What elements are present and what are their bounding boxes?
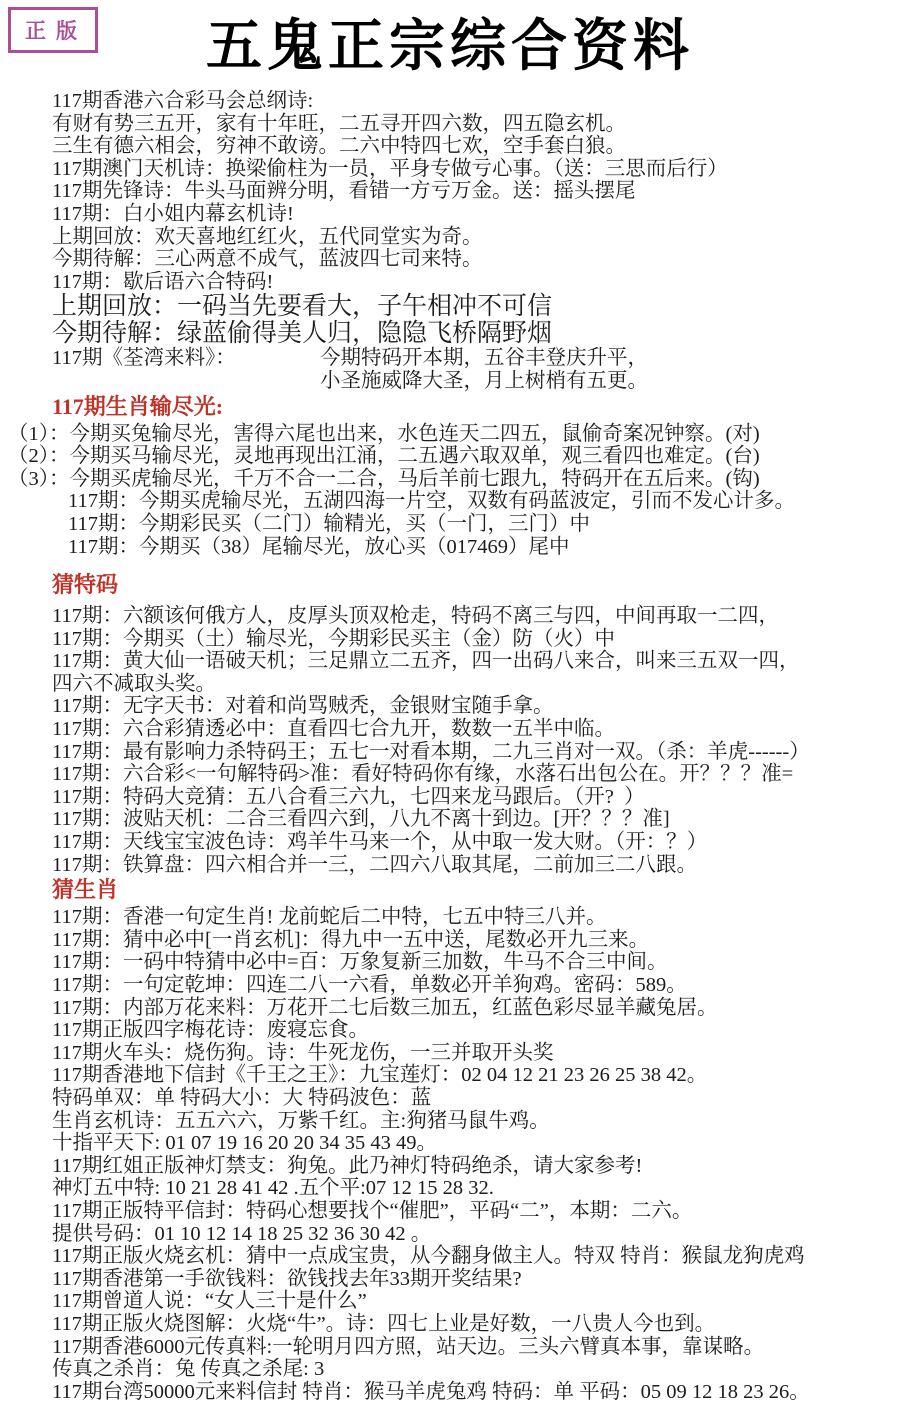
text-line-right: 今期特码开本期，五谷丰登庆升平， (320, 347, 648, 369)
text-line: 117期正版火烧玄机：猜中一点成宝贵，从今翻身做主人。特双 特肖：猴鼠龙狗虎鸡 (52, 1245, 898, 1268)
text-line: 117期香港第一手欲钱料：欲钱找去年33期开奖结果? (52, 1268, 898, 1291)
page-title: 五鬼正宗综合资料 (0, 12, 900, 82)
text-line: 小圣施威降大圣，月上树梢有五更。 (52, 370, 898, 393)
text-line: （3）：今期买虎输尽光，千万不合一二合，马后羊前七跟九，特码开在五后来。(钩) (8, 468, 898, 491)
section-heading: 猜特码 (52, 572, 898, 597)
text-line: 117期：特码大竞猜：五八合看三六九，七四来龙马跟后。（开? ） (52, 786, 898, 809)
text-line: 117期正版特平信封：特码心想要找个“催肥”，平码“二”，本期：二六。 (52, 1200, 898, 1223)
text-line: 117期：白小姐内幕玄机诗! (52, 203, 898, 226)
text-line: 上期回放：一码当先要看大，子午相冲不可信 (52, 293, 898, 320)
text-line: 提供号码：01 10 12 14 18 25 32 36 30 42 。 (52, 1223, 898, 1246)
text-line: 117期：今期彩民买（二门）输精光，买（一门，三门）中 (52, 513, 898, 536)
document-body: 117期香港六合彩马会总纲诗:有财有势三五开，家有十年旺，二五寻开四六数，四五隐… (0, 82, 900, 1401)
text-line: 117期：今期买（土）输尽光，今期彩民买主（金）防（火）中 (52, 628, 898, 651)
text-line: 117期：内部万花来料：万花开二七后数三加五，红蓝色彩尽显羊藏兔居。 (52, 997, 898, 1020)
text-line: 117期正版四字梅花诗：废寝忘食。 (52, 1019, 898, 1042)
text-line: 117期《荃湾来料》：今期特码开本期，五谷丰登庆升平， (52, 347, 898, 370)
text-line: 117期：一码中特猜中必中=百：万象复新三加数，牛马不合三中间。 (52, 951, 898, 974)
text-line: 117期香港六合彩马会总纲诗: (52, 90, 898, 113)
text-line: 117期：六额该何俄方人，皮厚头顶双枪走，特码不离三与四，中间再取一二四， (52, 605, 898, 628)
text-line: 117期：六合彩<一句解特码>准：看好特码你有缘，水落石出包公在。开？？？准= (52, 763, 898, 786)
text-line: 117期香港地下信封《千王之王》：九宝莲灯：02 04 12 21 23 26 … (52, 1064, 898, 1087)
text-line: 117期：无字天书：对着和尚骂贼秃，金银财宝随手拿。 (52, 695, 898, 718)
text-line: 117期：今期买虎输尽光，五湖四海一片空，双数有码蓝波定，引而不发心计多。 (52, 490, 898, 513)
text-line: 今期待解：三心两意不成气，蓝波四七司来特。 (52, 248, 898, 271)
text-line: 四六不减取头奖。 (52, 673, 898, 696)
text-line: 神灯五中特: 10 21 28 41 42 .五个平:07 12 15 28 3… (52, 1177, 898, 1200)
text-line: 117期：铁算盘：四六相合并一三，二四六八取其尾，二前加三二八跟。 (52, 854, 898, 877)
text-line: 117期香港6000元传真料:一轮明月四方照，站天边。三头六臂真本事，靠谋略。 (52, 1336, 898, 1359)
text-line: 117期先锋诗：牛头马面辨分明，看错一方亏万金。送：摇头摆尾 (52, 180, 898, 203)
text-line: 117期：最有影响力杀特码王；五七一对看本期，二九三肖对一双。（杀：羊虎----… (52, 741, 898, 764)
text-line: 117期：一句定乾坤：四连二八一六看，单数必开羊狗鸡。密码：589。 (52, 974, 898, 997)
text-line: 117期：今期买（38）尾输尽光，放心买（017469）尾中 (52, 536, 898, 559)
text-line: 117期：猜中必中[一肖玄机]：得九中一五中送，尾数必开九三来。 (52, 929, 898, 952)
text-line: 117期火车头：烧伤狗。诗：牛死龙伤，一三并取开头奖 (52, 1042, 898, 1065)
text-line: 117期澳门天机诗：换梁偷柱为一员，平身专做亏心事。（送：三思而后行） (52, 158, 898, 181)
text-line: 特码单双：单 特码大小：大 特码波色：蓝 (52, 1087, 898, 1110)
text-line: 117期：天线宝宝波色诗：鸡羊牛马来一个，从中取一发大财。（开：？） (52, 831, 898, 854)
text-line: 传真之杀肖：兔 传真之杀尾: 3 (52, 1358, 898, 1381)
text-line-left: 117期《荃湾来料》： (52, 347, 320, 370)
text-line: 三生有德六相会，穷神不敢谤。二六中特四七欢，空手套白狼。 (52, 135, 898, 158)
text-line: （1）：今期买兔输尽光，害得六尾也出来，水色连天二四五，鼠偷奇案况钟察。(对) (8, 423, 898, 446)
text-line: （2）：今期买马输尽光，灵地再现出江涌，二五遇六取双单，观三看四也难定。(台) (8, 445, 898, 468)
text-line: 有财有势三五开，家有十年旺，二五寻开四六数，四五隐玄机。 (52, 113, 898, 136)
text-line: 117期红姐正版神灯禁支：狗兔。此乃神灯特码绝杀，请大家参考! (52, 1155, 898, 1178)
text-line: 117期正版火烧图解：火烧“牛”。诗：四七上业是好数，一八贵人今也到。 (52, 1313, 898, 1336)
text-line: 117期台湾50000元来料信封 特肖：猴马羊虎兔鸡 特码：单 平码：05 09… (52, 1381, 898, 1401)
text-line: 上期回放：欢天喜地红红火，五代同堂实为奇。 (52, 226, 898, 249)
text-line: 117期曾道人说：“女人三十是什么” (52, 1290, 898, 1313)
text-line: 生肖玄机诗：五五六六，万紫千红。主:狗猪马鼠牛鸡。 (52, 1110, 898, 1133)
text-line: 十指平天下: 01 07 19 16 20 20 34 35 43 49。 (52, 1132, 898, 1155)
text-line: 117期：香港一句定生肖! 龙前蛇后二中特，七五中特三八并。 (52, 906, 898, 929)
text-line: 117期：歇后语六合特码! (52, 271, 898, 294)
section-heading: 猜生肖 (52, 877, 898, 902)
authentic-badge: 正版 (8, 7, 98, 53)
text-line: 117期：六合彩猜透必中：直看四七合九开，数数一五半中临。 (52, 718, 898, 741)
text-line: 117期：黄大仙一语破天机；三足鼎立二五齐，四一出码八来合，叫来三五双一四， (52, 650, 898, 673)
text-line: 今期待解：绿蓝偷得美人归，隐隐飞桥隔野烟 (52, 320, 898, 347)
section-heading: 117期生肖输尽光: (52, 394, 898, 419)
text-line: 117期：波贴天机：二合三看四六到，八九不离十到边。[开？？？准] (52, 808, 898, 831)
